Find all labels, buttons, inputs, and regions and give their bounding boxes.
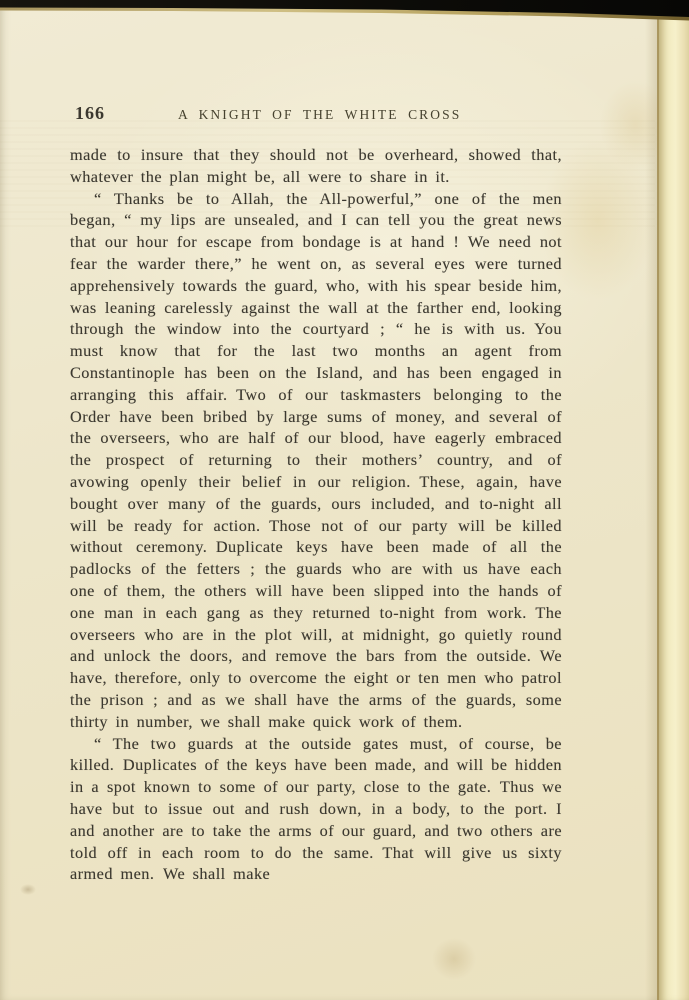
paper-stain — [20, 884, 36, 895]
page-body-text: made to insure that they should not be o… — [70, 144, 562, 885]
paragraph-continuation: made to insure that they should not be o… — [70, 144, 562, 188]
paragraph: “ The two guards at the outside gates mu… — [70, 733, 562, 886]
page-crease-shadow — [645, 13, 657, 1000]
paper-stain — [432, 938, 476, 980]
fore-edge-pages-strip — [657, 13, 689, 1000]
running-header: A KNIGHT OF THE WHITE CROSS — [178, 107, 461, 123]
page-number: 166 — [75, 103, 105, 124]
book-page-scan: 166 A KNIGHT OF THE WHITE CROSS made to … — [0, 0, 689, 1000]
paragraph: “ Thanks be to Allah, the All-powerful,”… — [70, 188, 562, 733]
